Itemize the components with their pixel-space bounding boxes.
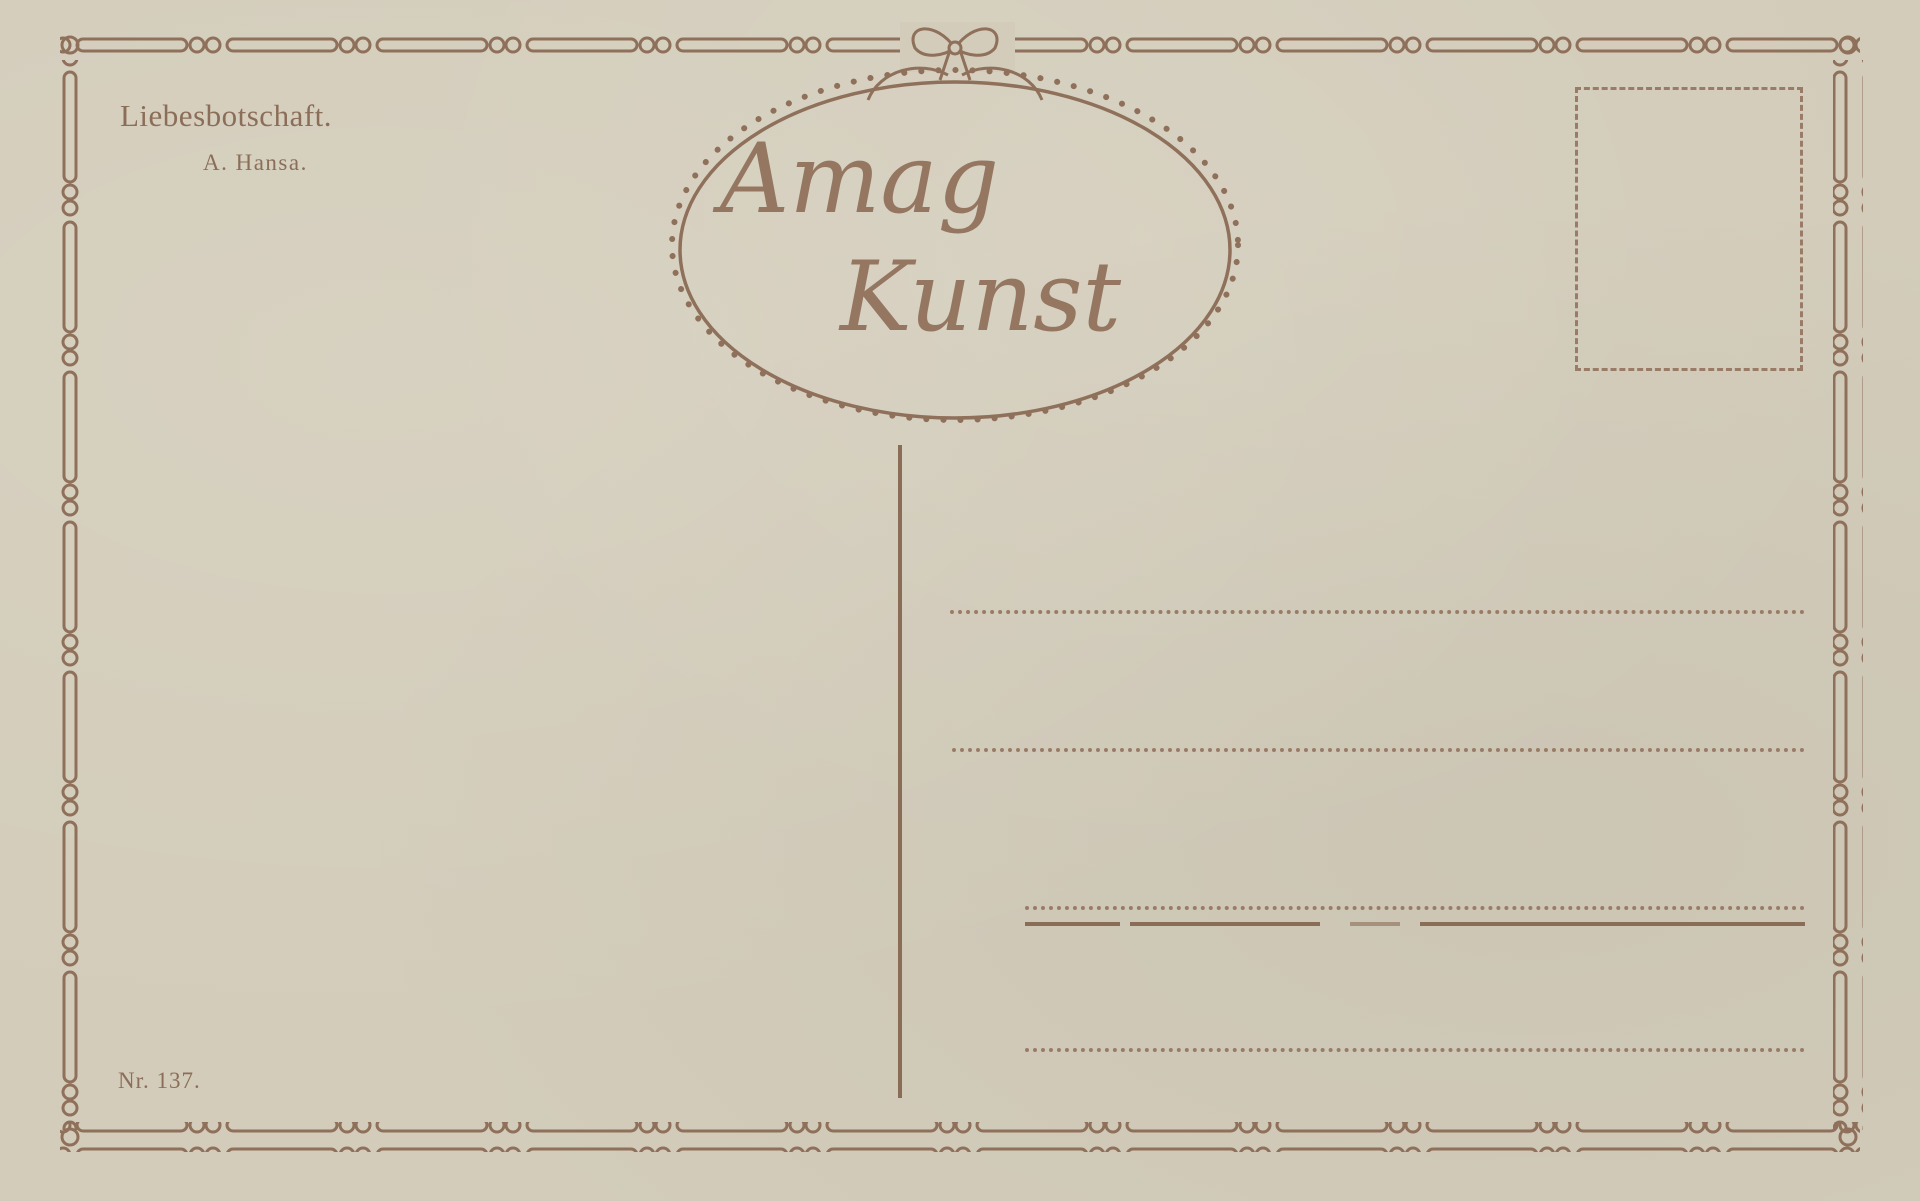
message-address-divider <box>898 445 902 1098</box>
address-line-3 <box>1025 906 1805 910</box>
logo-text-kunst: Kunst <box>838 241 1122 353</box>
address-line-4 <box>1025 1048 1805 1052</box>
stamp-box <box>1575 87 1803 371</box>
card-author: A. Hansa. <box>203 150 308 176</box>
card-title: Liebesbotschaft. <box>120 98 332 134</box>
address-line-1 <box>950 610 1805 614</box>
logo-text-amag: Amag <box>712 123 999 235</box>
card-number: Nr. 137. <box>118 1068 201 1094</box>
address-line-2 <box>952 748 1805 752</box>
amag-kunst-logo: Amag Kunst <box>672 22 1238 420</box>
